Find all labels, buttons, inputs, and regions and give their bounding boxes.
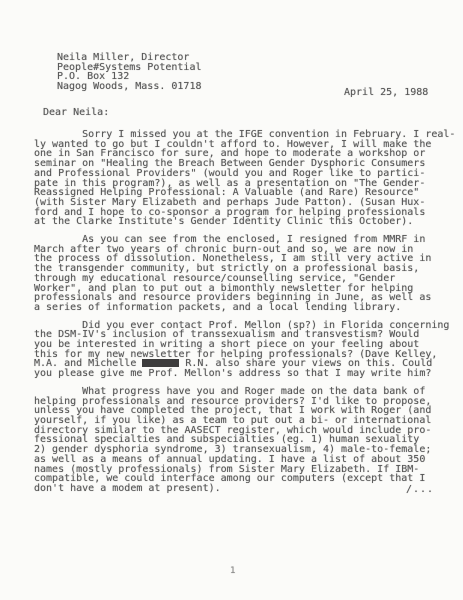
sender-address-block: Neila Miller, Director People#Systems Po…	[57, 53, 202, 92]
letter-body: Sorry I missed you at the IFGE conventio…	[34, 130, 444, 502]
paragraph-1: Sorry I missed you at the IFGE conventio…	[34, 130, 444, 227]
paragraph-4: What progress have you and Roger made on…	[34, 387, 444, 494]
paragraph-2: As you can see from the enclosed, I resi…	[34, 235, 444, 313]
paragraph-3: Did you ever contact Prof. Mellon (sp?) …	[34, 321, 444, 379]
scanned-letter-page: Neila Miller, Director People#Systems Po…	[0, 0, 463, 600]
continuation-mark: /...	[406, 485, 434, 495]
page-number: 1	[230, 567, 235, 577]
letter-date: April 25, 1988	[344, 88, 428, 98]
redaction-bar	[142, 359, 179, 367]
salutation: Dear Neila:	[43, 108, 109, 118]
